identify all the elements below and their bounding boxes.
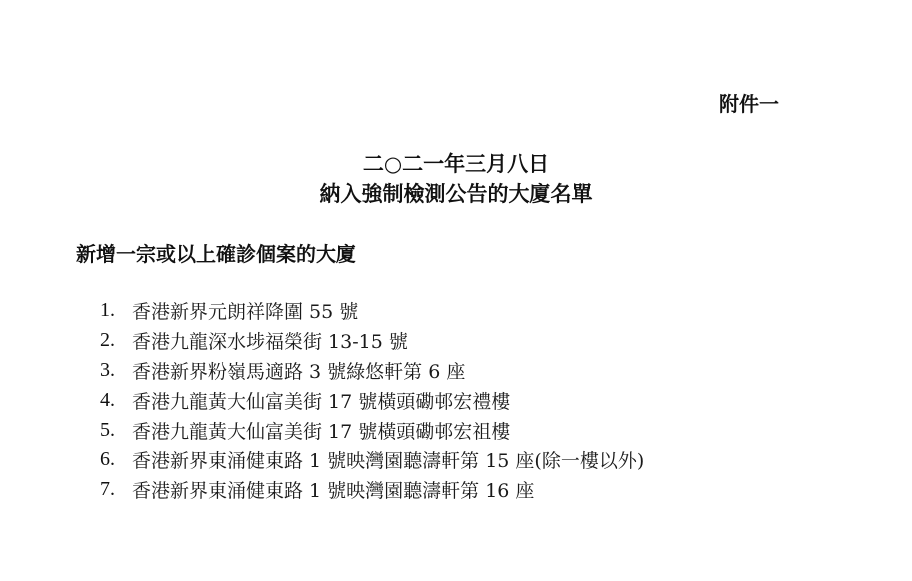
document-date-text: 二○二一年三月八日 [363, 152, 549, 176]
section-heading: 新增一宗或以上確診個案的大廈 [76, 238, 356, 267]
list-item: 3. 香港新界粉嶺馬適路 3 號綠悠軒第 6 座 [100, 356, 644, 386]
list-item: 2. 香港九龍深水埗福榮街 13-15 號 [100, 326, 644, 356]
building-list: 1. 香港新界元朗祥降圍 55 號 2. 香港九龍深水埗福榮街 13-15 號 … [100, 296, 644, 505]
list-item: 6. 香港新界東涌健東路 1 號映灣園聽濤軒第 15 座(除一樓以外) [100, 445, 644, 475]
list-item: 1. 香港新界元朗祥降圍 55 號 [100, 296, 644, 326]
document-title-text: 納入強制檢測公告的大廈名單 [320, 182, 593, 206]
list-item: 7. 香港新界東涌健東路 1 號映灣園聽濤軒第 16 座 [100, 475, 644, 505]
list-item-number: 7. [100, 478, 132, 501]
list-item: 4. 香港九龍黃大仙富美街 17 號橫頭磡邨宏禮樓 [100, 385, 644, 415]
list-item-address: 香港新界東涌健東路 1 號映灣園聽濤軒第 15 座(除一樓以外) [132, 446, 644, 473]
document-title: 納入強制檢測公告的大廈名單 [0, 178, 912, 208]
document-date: 二○二一年三月八日 [0, 148, 912, 178]
list-item-address: 香港新界粉嶺馬適路 3 號綠悠軒第 6 座 [132, 357, 465, 384]
list-item-number: 1. [100, 299, 132, 322]
list-item-address: 香港九龍黃大仙富美街 17 號橫頭磡邨宏祖樓 [132, 417, 510, 444]
list-item-address: 香港九龍深水埗福榮街 13-15 號 [132, 327, 408, 354]
list-item-number: 4. [100, 389, 132, 412]
list-item-number: 6. [100, 448, 132, 471]
list-item-address: 香港新界元朗祥降圍 55 號 [132, 297, 358, 324]
list-item-address: 香港九龍黃大仙富美街 17 號橫頭磡邨宏禮樓 [132, 387, 510, 414]
list-item-number: 3. [100, 359, 132, 382]
list-item: 5. 香港九龍黃大仙富美街 17 號橫頭磡邨宏祖樓 [100, 415, 644, 445]
list-item-number: 2. [100, 329, 132, 352]
annex-label: 附件一 [719, 88, 779, 117]
list-item-number: 5. [100, 419, 132, 442]
list-item-address: 香港新界東涌健東路 1 號映灣園聽濤軒第 16 座 [132, 476, 534, 503]
